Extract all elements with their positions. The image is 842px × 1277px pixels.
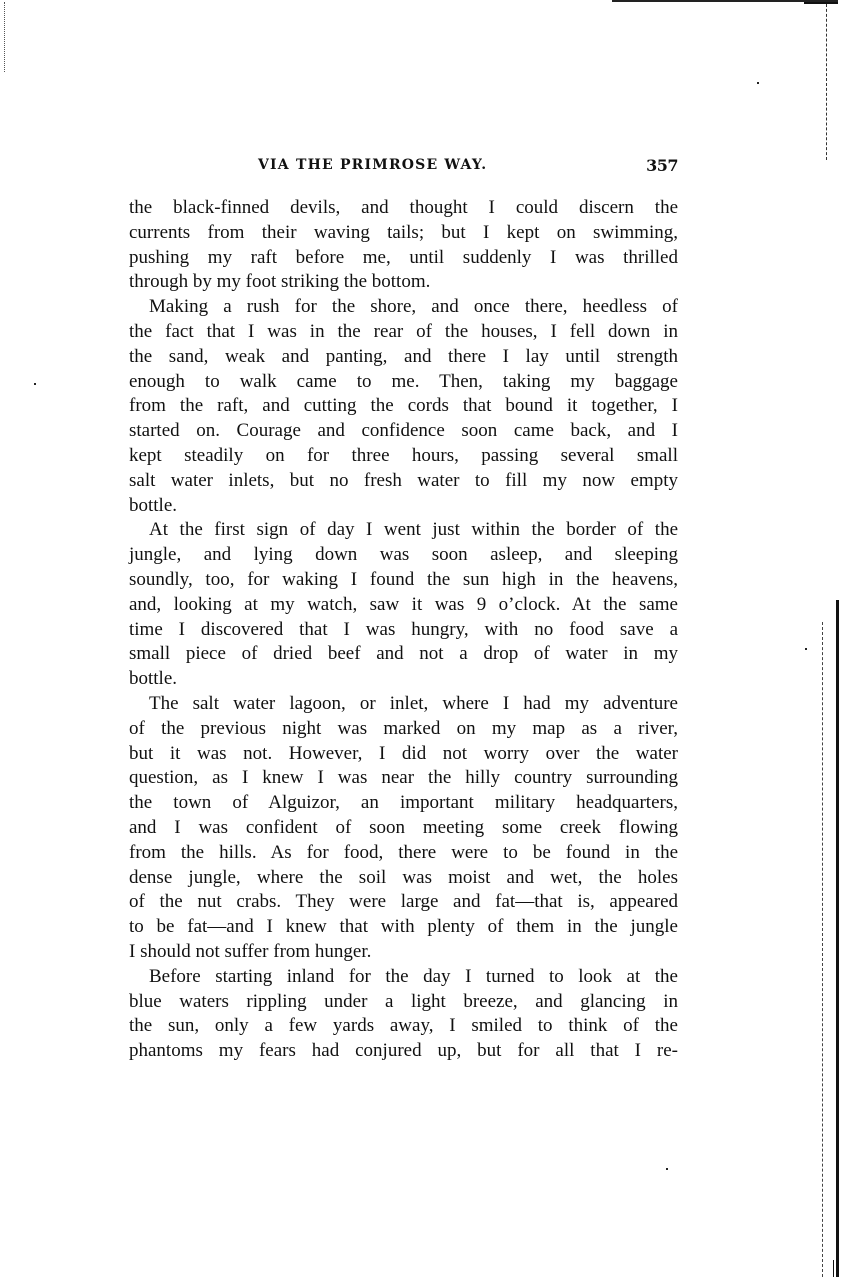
text-line: jungle, and lying down was soon asleep, … <box>129 543 678 568</box>
text-line: through by my foot striking the bottom. <box>129 270 678 295</box>
text-line: from the hills. As for food, there were … <box>129 841 678 866</box>
text-line: question, as I knew I was near the hilly… <box>129 766 678 791</box>
text-line: Before starting inland for the day I tur… <box>129 965 678 990</box>
text-line: Making a rush for the shore, and once th… <box>129 295 678 320</box>
running-head: VIA THE PRIMROSE WAY. 357 <box>129 157 678 179</box>
text-line: I should not suffer from hunger. <box>129 940 678 965</box>
text-line: blue waters rippling under a light breez… <box>129 990 678 1015</box>
text-line: small piece of dried beef and not a drop… <box>129 642 678 667</box>
text-line: The salt water lagoon, or inlet, where I… <box>129 692 678 717</box>
text-line: and, looking at my watch, saw it was 9 o… <box>129 593 678 618</box>
text-line: phantoms my fears had conjured up, but f… <box>129 1039 678 1064</box>
page-edge-right-upper <box>826 4 827 160</box>
text-line: currents from their waving tails; but I … <box>129 221 678 246</box>
text-line: the fact that I was in the rear of the h… <box>129 320 678 345</box>
page-edge-binding <box>836 600 839 1277</box>
text-line: the town of Alguizor, an important milit… <box>129 791 678 816</box>
text-line: the sand, weak and panting, and there I … <box>129 345 678 370</box>
text-line: bottle. <box>129 667 678 692</box>
text-line: of the nut crabs. They were large and fa… <box>129 890 678 915</box>
text-line: bottle. <box>129 494 678 519</box>
text-line: time I discovered that I was hungry, wit… <box>129 618 678 643</box>
page-number: 357 <box>646 156 678 175</box>
text-line: At the first sign of day I went just wit… <box>129 518 678 543</box>
text-line: salt water inlets, but no fresh water to… <box>129 469 678 494</box>
body-text: the black-finned devils, and thought I c… <box>129 196 678 1064</box>
scan-speck <box>757 82 759 84</box>
text-line: the black-finned devils, and thought I c… <box>129 196 678 221</box>
text-line: the sun, only a few yards away, I smiled… <box>129 1014 678 1039</box>
text-line: soundly, too, for waking I found the sun… <box>129 568 678 593</box>
scan-speck <box>805 648 807 650</box>
text-line: kept steadily on for three hours, passin… <box>129 444 678 469</box>
text-line: and I was confident of soon meeting some… <box>129 816 678 841</box>
scan-specks-left <box>4 2 17 72</box>
text-line: dense jungle, where the soil was moist a… <box>129 866 678 891</box>
text-line: to be fat—and I knew that with plenty of… <box>129 915 678 940</box>
scan-speck <box>34 383 36 385</box>
text-line: from the raft, and cutting the cords tha… <box>129 394 678 419</box>
page-edge-right-lower <box>822 622 823 1277</box>
page-edge-top-thick <box>804 2 838 4</box>
text-line: started on. Courage and confidence soon … <box>129 419 678 444</box>
scan-speck <box>666 1168 668 1170</box>
text-line: but it was not. However, I did not worry… <box>129 742 678 767</box>
text-line: enough to walk came to me. Then, taking … <box>129 370 678 395</box>
text-line: of the previous night was marked on my m… <box>129 717 678 742</box>
running-title: VIA THE PRIMROSE WAY. <box>258 157 487 173</box>
page-edge-binding-inner <box>833 1260 834 1277</box>
text-line: pushing my raft before me, until suddenl… <box>129 246 678 271</box>
